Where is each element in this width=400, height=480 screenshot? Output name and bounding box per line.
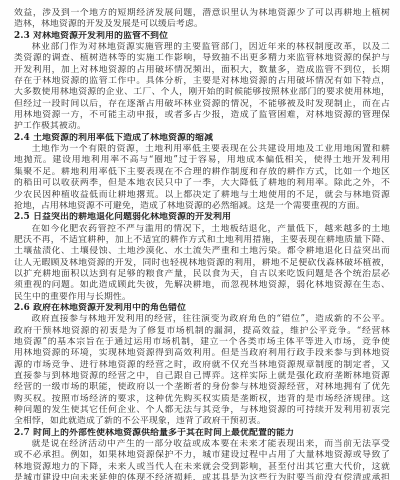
text-line: 源的市场竞争、进行林地资源的经营之时，政府就不仅充当林地资源规章制度的制定者，又 [14,360,390,371]
text-line: 直接参与到林地资源的经营之中，自己跟自己博弈。这样实际上就是强化政府垄断林地资源 [14,371,390,382]
text-line: 造林，林地资源的开发及发展是可以缓后考虑。 [14,19,390,30]
text-column: 效益，涉及到一个地方的短期经济发展问题，潜意识里认为林地资源少了可以再耕地上植树… [0,0,400,480]
section-heading: 2.6 政府在林地资源开发利用中的角色错位 [14,303,390,314]
text-line: 护工作极其被动。 [14,121,390,132]
section-heading: 2.3 对林地资源开发利用的监管不到位 [14,31,390,42]
text-line: 政府干预林地资源的初衷是为了修复市场机制的漏洞，提高效益，维护公平竞争。“经营林 [14,326,390,337]
text-line: 民生中的重要作用与长期性。 [14,292,390,303]
text-line: 经营的一级市场的职能，使政府以一个垄断者的身份参与林地资源经营，对林地拥有了优先 [14,382,390,393]
text-line: 林地资源地力的下降，未来人或当代人在未来就会受到影响，甚至付出其它重大代价，这就 [14,462,390,473]
text-line: 以扩充耕地面积以达到有足够的粮食产量，民以食为天，自古以来吃饭问题是各个统治层必 [14,269,390,280]
text-line: 用林地资源的环境，实现林地资源得到高效利用。但是当政府利用行政手段来参与到林地资 [14,348,390,359]
text-line: 肥沃不再，不适宜耕种，加上不适宜的耕作方式和土地利用措施，主要表现在耕地质量下降… [14,235,390,246]
text-line: 但经过一段时间以后，存在逐渐占用破坏林业资源的情况，不能够被及时发现制止，而在占 [14,99,390,110]
text-line: 大多数使用林地资源的企业、工厂、个人，刚开始的时候能够按照林业部门的要求使用林地… [14,87,390,98]
text-line: 存在于林地资源的监管工作中。具体分析，主要是对林地资源的占用破坏情况有如下特点， [14,76,390,87]
section-heading: 2.5 日益突出的耕地退化问题弱化林地资源的开发利用 [14,212,390,223]
text-line: 须重视的问题。如此造成顾此失彼，先解决耕地，而忽视林地资源，弱化林地资源在生态、 [14,280,390,291]
text-line: 土壤盐渍化、土壤侵蚀、土地沙漠化、水土流失严重和土地污染。都令耕地退化日益突出而 [14,246,390,257]
text-line: 是城市建设中向未来延伸的体现不经济损耗，或其具是为这些行为时要当前没有偿清或承担 [14,473,390,480]
text-line: 地资源”的基本宗旨在于通过运用市场机制，建立一个各类市场主体平等进入市场，竞争使 [14,337,390,348]
text-line: 就是说在经济活动中产生的一部分收益或成本要在未来才能表现出来，而当前无法享受 [14,439,390,450]
text-line: 效益，涉及到一个地方的短期经济发展问题，潜意识里认为林地资源少了可以再耕地上植树 [14,8,390,19]
text-line: 购买权。按照市场经济的要求，这种优先购买权实质是垄断权，违背的是市场经济规律。这 [14,394,390,405]
text-line: 少农民因种植收益低而让耕地撂荒。以上都决定了耕地与土地使用的不足，就会与林地资源 [14,190,390,201]
text-line: 或不必承担。例如，如果林地资源保护不力，城市建设过程中占用了大量林地资源或导致了 [14,450,390,461]
text-line: 抢地，占用林地资源不可避免，造成了林地资源的必然缩减。这是一个需要重视的方面。 [14,201,390,212]
text-line: 的稻田可以收获两季，但是本地农民只中了一季，大大降低了耕地的利用率。除此之外，不 [14,178,390,189]
text-line: 种问题的发生使其它任何企业、个人都无法与其竞争，与林地资源的可持续开发利用初衷完 [14,405,390,416]
text-line: 让人无暇顾及林地资源的开发，同时也轻视林地资源的利用，耕地不足便砍伐森林破坏植被… [14,258,390,269]
text-line: 土地作为一个有限的资源，土地利用率低主要表现在公共建设用地及工业用地闲置和耕 [14,144,390,155]
text-line: 政府直接参与林地开发利用的经营，往往演变为政府角色的“错位”，造成新的不公平。 [14,314,390,325]
text-line: 集聚不足。耕地利用率低下主要表现在不合理的耕作制度和存放的耕作方式，比如一个地区 [14,167,390,178]
text-line: 用林地资源一方，不可能主动申报，或者多占少报，造成了监管困难，对林地资源的管理保 [14,110,390,121]
text-line: 地抛荒。建设用地利用率不高与“圈地”过于容易，用地成本偏低相关，使得土地开发利用 [14,155,390,166]
document-page: 效益，涉及到一个地方的短期经济发展问题，潜意识里认为林地资源少了可以再耕地上植树… [0,0,400,480]
section-heading: 2.4 土地资源的利用率低下造成了林地资源的缩减 [14,133,390,144]
section-heading: 2.7 时间上的外部性使林地资源供给量多于其在时间上最优配置的能力 [14,428,390,439]
text-line: 林业部门作为对林地资源实施管理的主要监管部门，因近年来的林权制度改革，以及二 [14,42,390,53]
text-line: 全相悖，如此就造成了新的不公平现象，违背了政府干预初衷。 [14,416,390,427]
text-line: 类资源的调查、植树造林等的实施工作影响，导致抽不出更多精力来监管林地资源的保护与 [14,53,390,64]
text-line: 开发利用，加上对林地资源的占用破坏情况频出，面积大，数量多，造成监管不到位，长期 [14,65,390,76]
text-line: 在如今化肥农药管控不严与滥用的情况下，土地板结退化，产量低下，越来越多的土地 [14,224,390,235]
